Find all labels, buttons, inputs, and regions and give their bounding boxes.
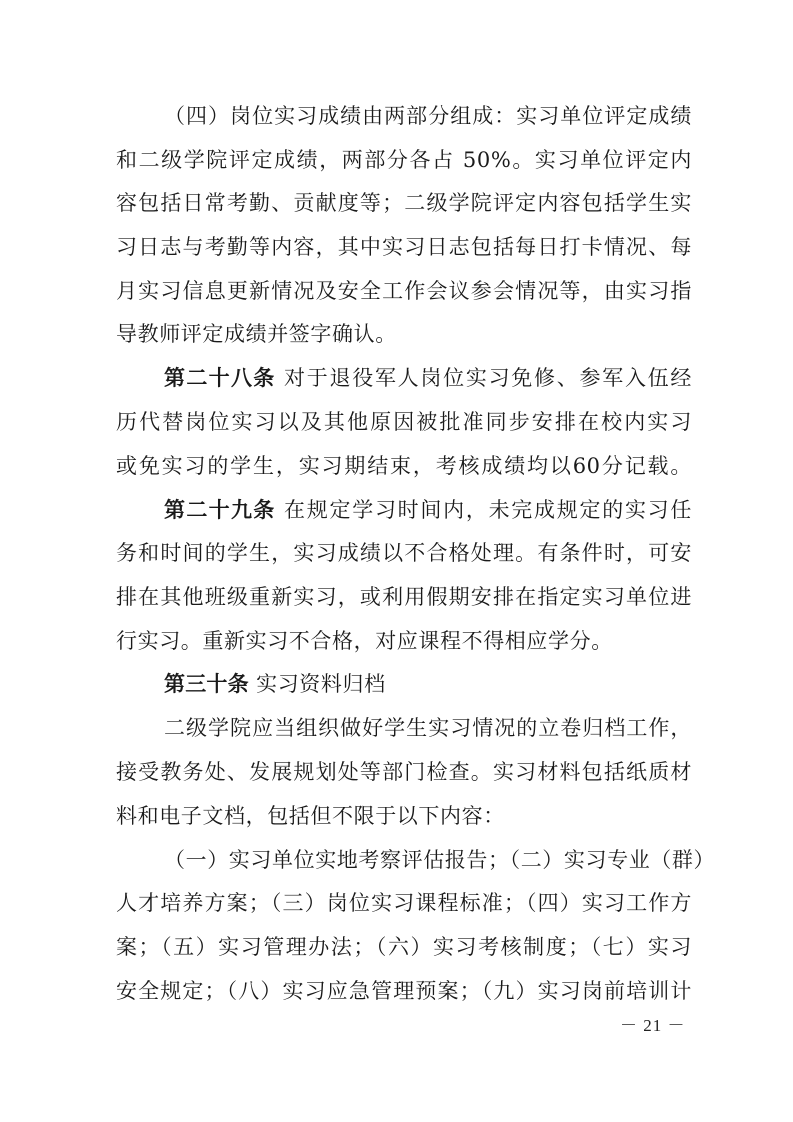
text-line: （一）实习单位实地考察评估报告；（二）实习专业（群） — [164, 845, 692, 875]
article-29-line: 第二十九条 在规定学习时间内，未完成规定的实习任 — [164, 495, 692, 525]
line-text: 在规定学习时间内，未完成规定的实习任 — [276, 498, 692, 522]
line-text: 和二级学院评定成绩，两部分各占 50%。实习单位评定内 — [116, 148, 692, 172]
line-text: 历代替岗位实习以及其他原因被批准同步安排在校内实习 — [116, 410, 692, 434]
line-text: 导教师评定成绩并签字确认。 — [116, 322, 397, 346]
text-line: 安全规定；（八）实习应急管理预案；（九）实习岗前培训计 — [116, 976, 692, 1006]
text-line: 排在其他班级重新实习，或利用假期安排在指定实习单位进 — [116, 582, 692, 612]
text-line: 接受教务处、发展规划处等部门检查。实习材料包括纸质材 — [116, 757, 692, 787]
article-heading: 第二十八条 — [164, 366, 276, 390]
article-30-line: 第三十条 实习资料归档 — [164, 669, 692, 699]
text-line: 和二级学院评定成绩，两部分各占 50%。实习单位评定内 — [116, 145, 692, 175]
line-text: （四）岗位实习成绩由两部分组成：实习单位评定成绩 — [164, 104, 692, 128]
line-text: 二级学院应当组织做好学生实习情况的立卷归档工作， — [164, 716, 692, 740]
line-text: 月实习信息更新情况及安全工作会议参会情况等，由实习指 — [116, 279, 692, 303]
text-line: 人才培养方案；（三）岗位实习课程标准；（四）实习工作方 — [116, 888, 692, 918]
line-text: （一）实习单位实地考察评估报告；（二）实习专业（群） — [164, 848, 715, 872]
line-text: 安全规定；（八）实习应急管理预案；（九）实习岗前培训计 — [116, 979, 692, 1003]
text-line: 案；（五）实习管理办法；（六）实习考核制度；（七）实习 — [116, 932, 692, 962]
text-line: 月实习信息更新情况及安全工作会议参会情况等，由实习指 — [116, 276, 692, 306]
text-line: 历代替岗位实习以及其他原因被批准同步安排在校内实习 — [116, 407, 692, 437]
line-text: 行实习。重新实习不合格，对应课程不得相应学分。 — [116, 629, 613, 653]
text-line: 二级学院应当组织做好学生实习情况的立卷归档工作， — [164, 713, 692, 743]
line-text: 或免实习的学生，实习期结束，考核成绩均以60分记载。 — [116, 454, 692, 478]
article-heading: 第三十条 — [164, 672, 249, 696]
line-text: 排在其他班级重新实习，或利用假期安排在指定实习单位进 — [116, 585, 692, 609]
text-line: （四）岗位实习成绩由两部分组成：实习单位评定成绩 — [164, 101, 692, 131]
line-text: 容包括日常考勤、贡献度等；二级学院评定内容包括学生实 — [116, 191, 692, 215]
text-line: 料和电子文档，包括但不限于以下内容： — [116, 801, 692, 831]
line-text: 对于退役军人岗位实习免修、参军入伍经 — [276, 366, 692, 390]
line-text: 实习资料归档 — [249, 672, 386, 696]
line-text: 人才培养方案；（三）岗位实习课程标准；（四）实习工作方 — [116, 891, 692, 915]
text-line: 容包括日常考勤、贡献度等；二级学院评定内容包括学生实 — [116, 188, 692, 218]
text-line: 行实习。重新实习不合格，对应课程不得相应学分。 — [116, 626, 692, 656]
document-page: （四）岗位实习成绩由两部分组成：实习单位评定成绩 和二级学院评定成绩，两部分各占… — [0, 0, 793, 1122]
text-line: 导教师评定成绩并签字确认。 — [116, 319, 692, 349]
line-text: 料和电子文档，包括但不限于以下内容： — [116, 804, 505, 828]
article-28-line: 第二十八条 对于退役军人岗位实习免修、参军入伍经 — [164, 363, 692, 393]
line-text: 习日志与考勤等内容，其中实习日志包括每日打卡情况、每 — [116, 235, 692, 259]
line-text: 接受教务处、发展规划处等部门检查。实习材料包括纸质材 — [116, 760, 692, 784]
line-text: 务和时间的学生，实习成绩以不合格处理。有条件时，可安 — [116, 541, 692, 565]
article-heading: 第二十九条 — [164, 498, 276, 522]
text-line: 务和时间的学生，实习成绩以不合格处理。有条件时，可安 — [116, 538, 692, 568]
page-number: － 21 － — [620, 1014, 686, 1038]
line-text: 案；（五）实习管理办法；（六）实习考核制度；（七）实习 — [116, 935, 692, 959]
text-line: 习日志与考勤等内容，其中实习日志包括每日打卡情况、每 — [116, 232, 692, 262]
text-line: 或免实习的学生，实习期结束，考核成绩均以60分记载。 — [116, 451, 692, 481]
